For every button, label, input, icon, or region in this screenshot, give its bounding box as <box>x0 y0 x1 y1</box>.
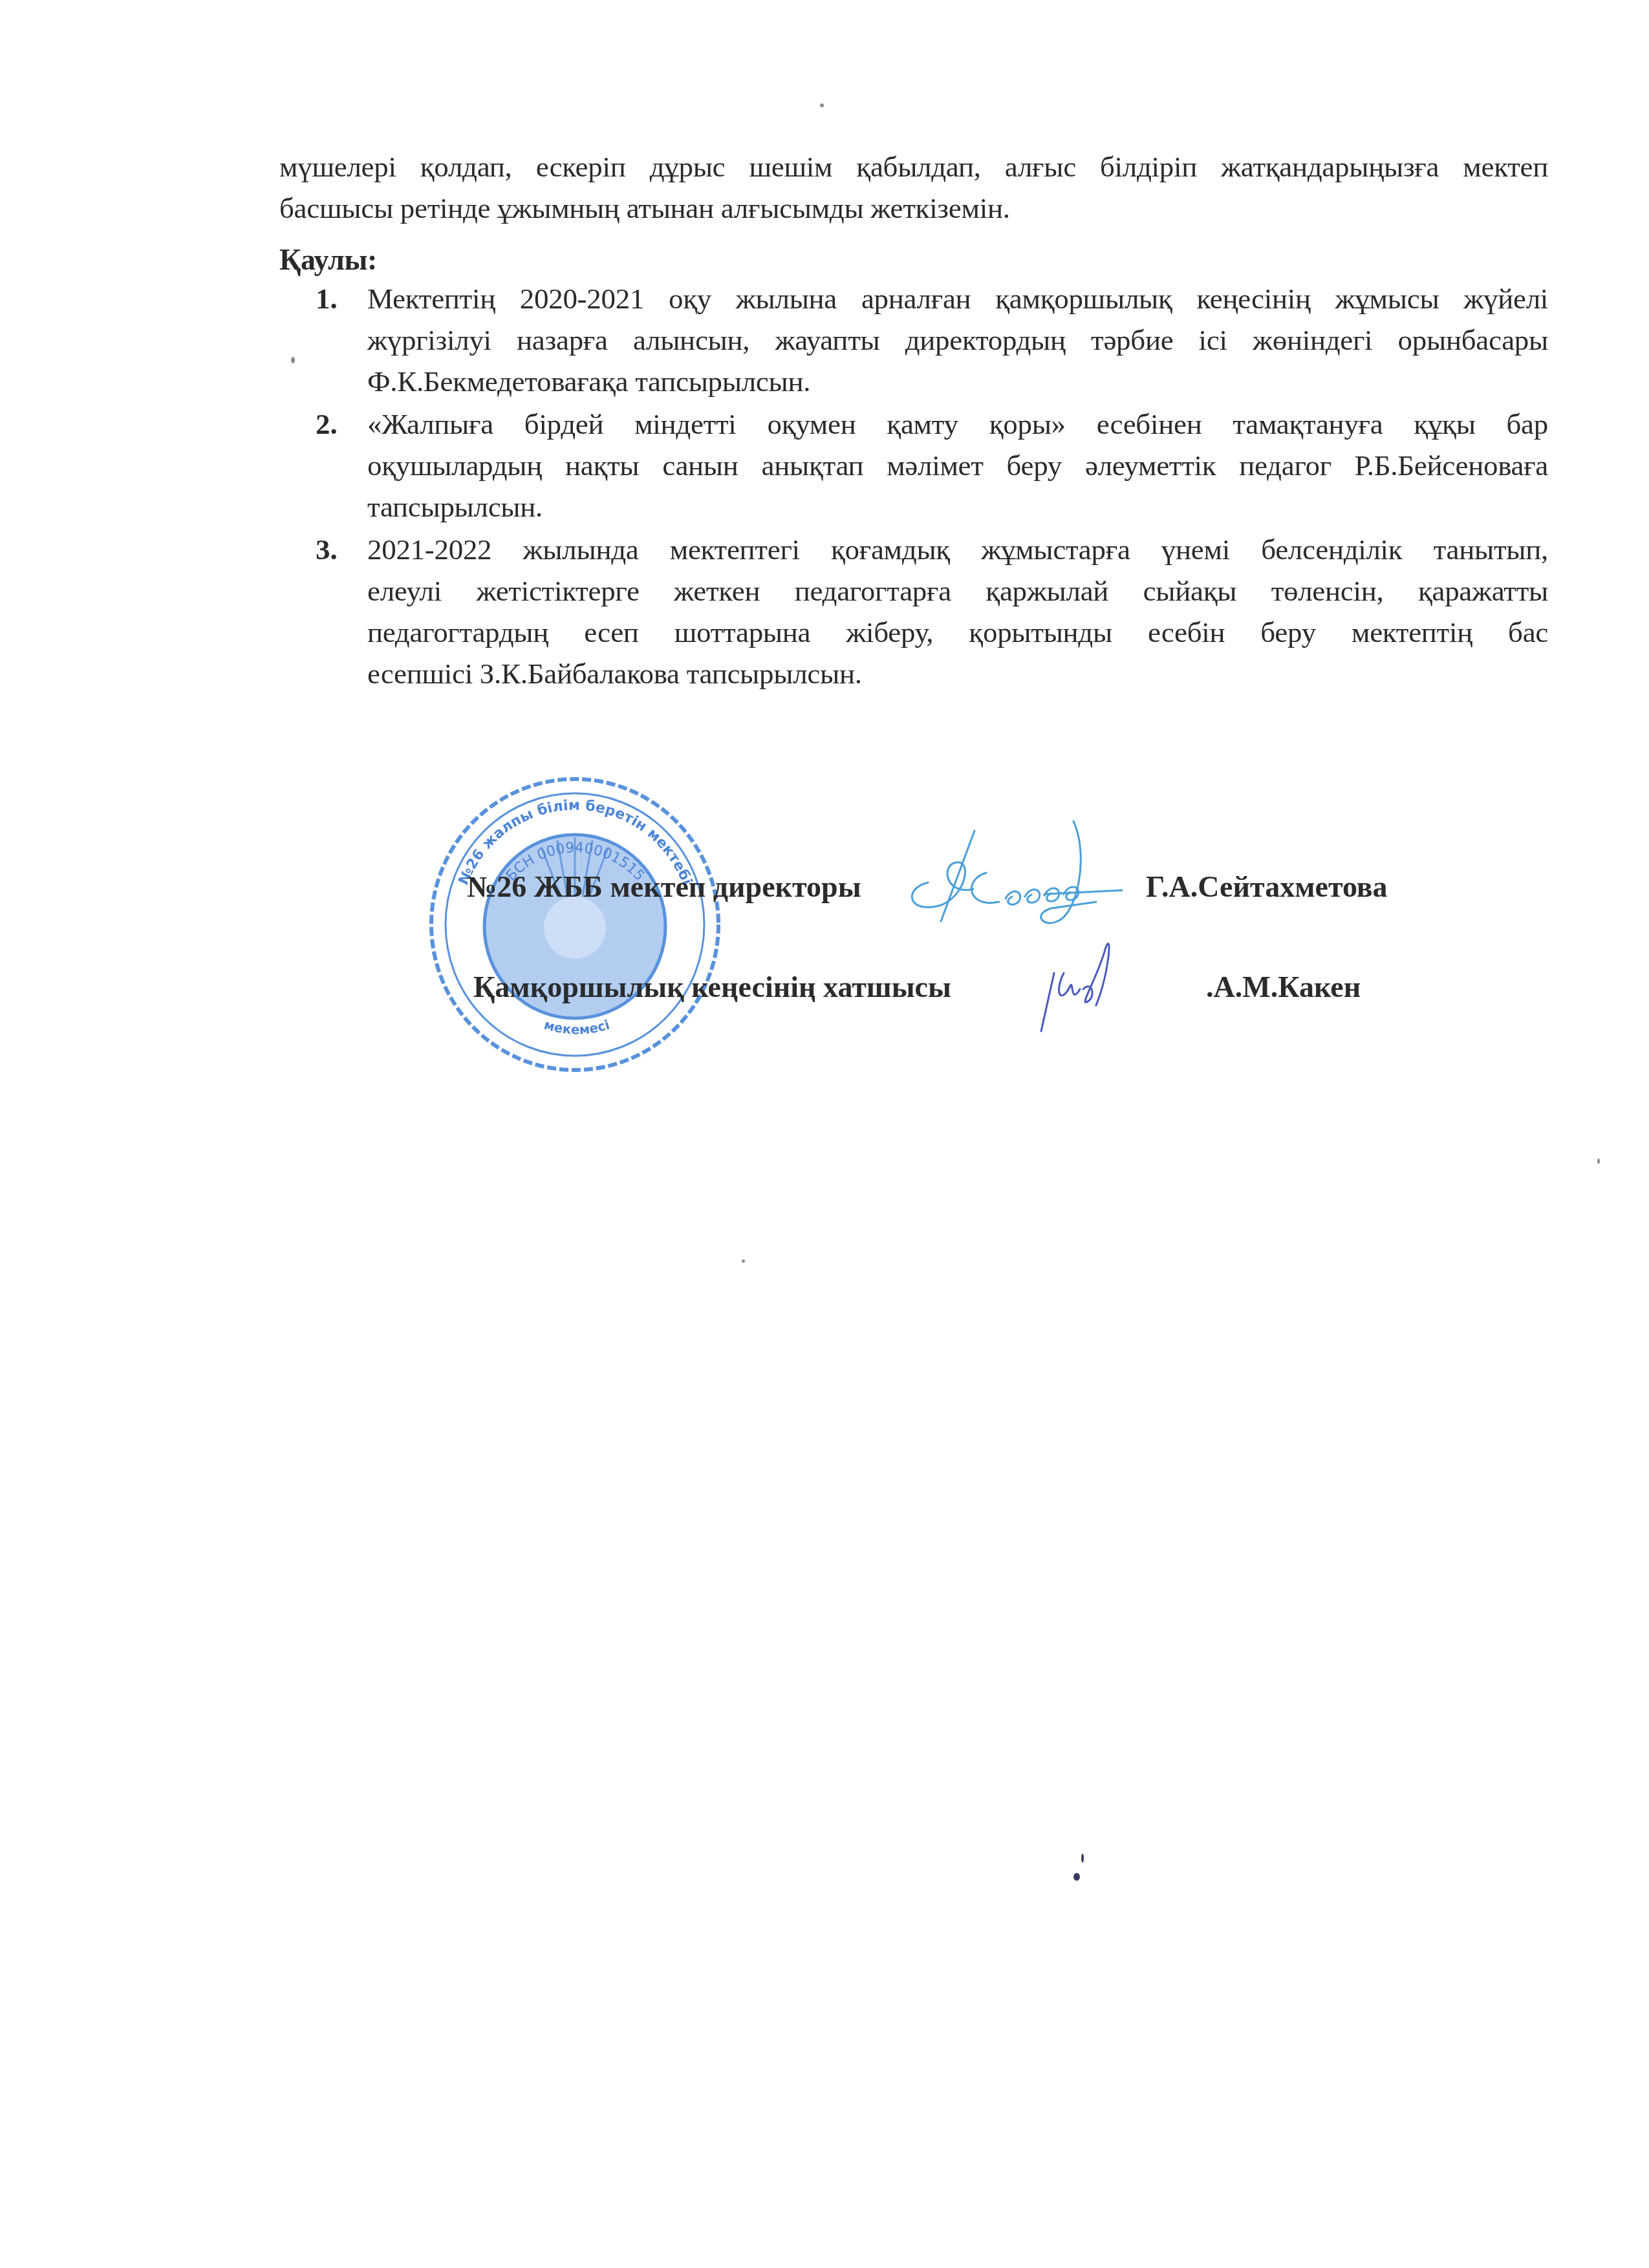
scan-speck <box>742 1259 745 1263</box>
resolution-number-3: 3. <box>316 530 338 569</box>
scan-speck <box>1081 1854 1084 1863</box>
resolution-number-1: 1. <box>316 279 338 318</box>
resolution-2-line-2: оқушылардың нақты санын анықтап мәлімет … <box>367 446 1548 485</box>
resolution-3-line-3: педагогтардың есеп шоттарына жіберу, қор… <box>367 613 1548 652</box>
scan-speck <box>820 103 824 107</box>
director-role-label: №26 ЖББ мектеп директоры <box>467 870 861 904</box>
resolution-2-line-1: «Жалпыға бірдей міндетті оқумен қамту қо… <box>367 405 1548 444</box>
resolution-1-line-1: Мектептің 2020-2021 оқу жылына арналған … <box>367 279 1548 318</box>
official-stamp-icon: №26 жалпы білім беретін мектебі БСН 0009… <box>422 773 729 1076</box>
resolution-1-line-3: Ф.К.Бекмедетовағақа тапсырылсын. <box>367 362 810 401</box>
intro-line-2: басшысы ретінде ұжымның атынан алғысымды… <box>279 189 1010 228</box>
resolution-3-line-2: елеулі жетістіктерге жеткен педагогтарға… <box>367 572 1548 610</box>
scan-speck <box>291 357 295 363</box>
resolution-2-line-3: тапсырылсын. <box>367 487 543 526</box>
scan-speck <box>1073 1873 1080 1881</box>
resolution-3-line-1: 2021-2022 жылында мектептегі қоғамдық жұ… <box>367 530 1548 569</box>
secretary-role-label: Қамқоршылық кеңесінің хатшысы <box>473 970 951 1004</box>
resolution-number-2: 2. <box>316 405 338 444</box>
scan-speck <box>1597 1159 1600 1164</box>
document-page: мүшелері қолдап, ескеріп дұрыс шешім қаб… <box>0 0 1649 2268</box>
secretary-signature-icon <box>1035 934 1132 1038</box>
secretary-name: .А.М.Какен <box>1206 970 1361 1004</box>
intro-line-1: мүшелері қолдап, ескеріп дұрыс шешім қаб… <box>279 147 1548 186</box>
resolution-heading: Қаулы: <box>279 241 377 279</box>
resolution-3-line-4: есепшісі З.К.Байбалакова тапсырылсын. <box>367 654 862 693</box>
resolution-1-line-2: жүргізілуі назарға алынсын, жауапты дире… <box>367 321 1548 359</box>
director-name: Г.А.Сейтахметова <box>1146 870 1388 904</box>
